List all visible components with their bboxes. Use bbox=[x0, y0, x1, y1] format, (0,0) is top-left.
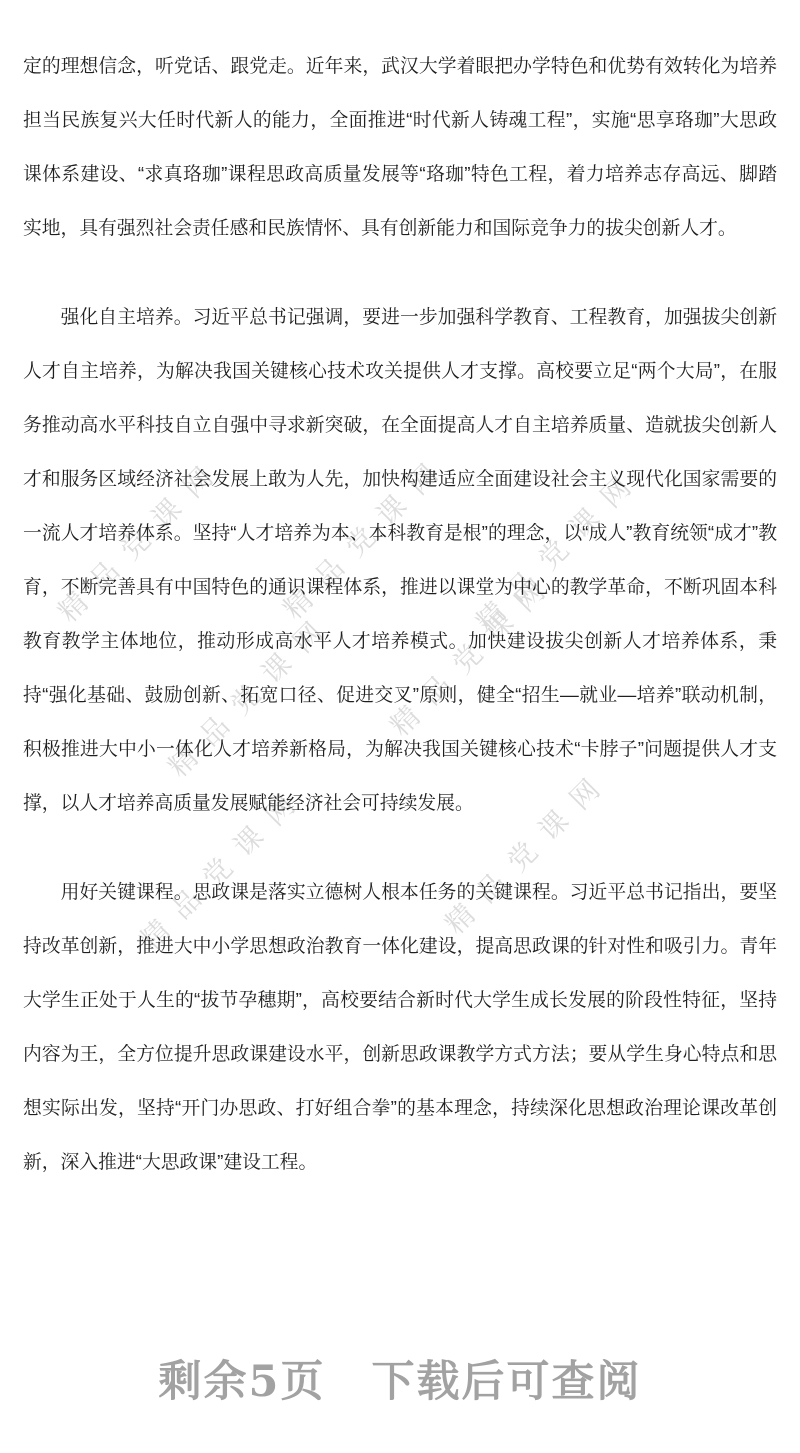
download-notice-label: 下载后可查阅 bbox=[371, 1348, 641, 1409]
document-page: 精品党课网 精品党课网 精品党课网 精品党课网 精品党课网 精品党课网 精品党课… bbox=[0, 0, 800, 1453]
download-prompt: 剩余5页 下载后可查阅 bbox=[0, 1348, 800, 1409]
paragraph-strengthen-training: 强化自主培养。习近平总书记强调，要进一步加强科学教育、工程教育，加强拔尖创新人才… bbox=[23, 290, 777, 830]
paragraph-continuation: 定的理想信念，听党话、跟党走。近年来，武汉大学着眼把办学特色和优势有效转化为培养… bbox=[23, 39, 777, 255]
pages-remaining-label: 剩余5页 bbox=[159, 1348, 326, 1409]
paragraph-key-courses: 用好关键课程。思政课是落实立德树人根本任务的关键课程。习近平总书记指出，要坚持改… bbox=[23, 865, 777, 1189]
document-body: 定的理想信念，听党话、跟党走。近年来，武汉大学着眼把办学特色和优势有效转化为培养… bbox=[23, 39, 777, 1224]
